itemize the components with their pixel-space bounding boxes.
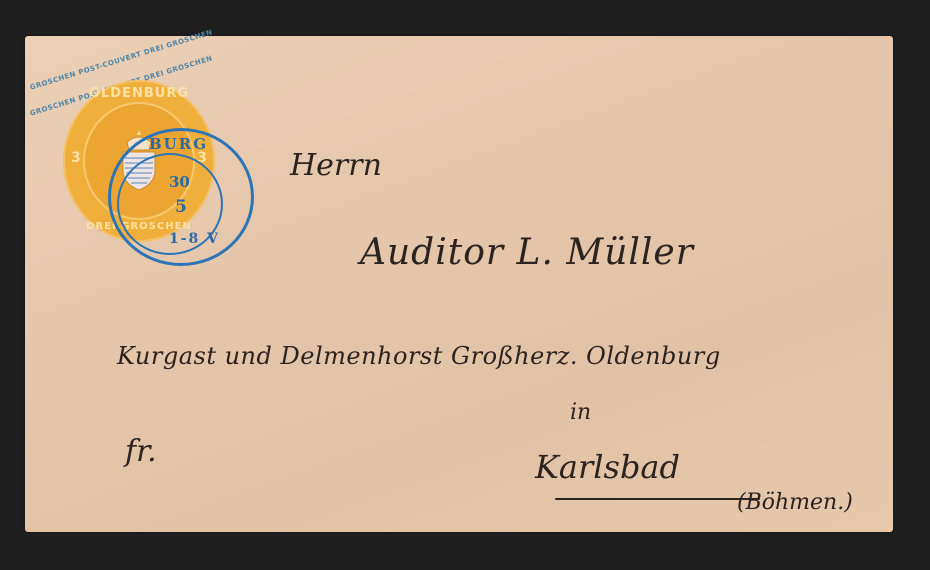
address-salutation: Herrn	[290, 148, 382, 183]
envelope: GROSCHEN POST-COUVERT DREI GROSCHEN GROS…	[25, 36, 893, 532]
address-name: Auditor L. Müller	[360, 232, 694, 273]
postmark-time: 1-8 V	[169, 231, 220, 247]
address-in: in	[570, 400, 591, 425]
postmark-month: 5	[175, 197, 187, 217]
city-underline	[555, 498, 760, 500]
address-line-3: Kurgast und Delmenhorst Großherz. Oldenb…	[117, 342, 721, 370]
franco-mark: fr.	[125, 434, 157, 469]
postmark-town: BURG	[149, 135, 208, 153]
stamp-country: OLDENBURG	[63, 86, 215, 101]
address-region: (Böhmen.)	[737, 490, 853, 515]
postmark: BURG 30 5 1-8 V	[108, 128, 254, 266]
stamp-value-left: 3	[71, 150, 81, 166]
address-city: Karlsbad	[535, 448, 680, 486]
postmark-day: 30	[169, 173, 190, 191]
